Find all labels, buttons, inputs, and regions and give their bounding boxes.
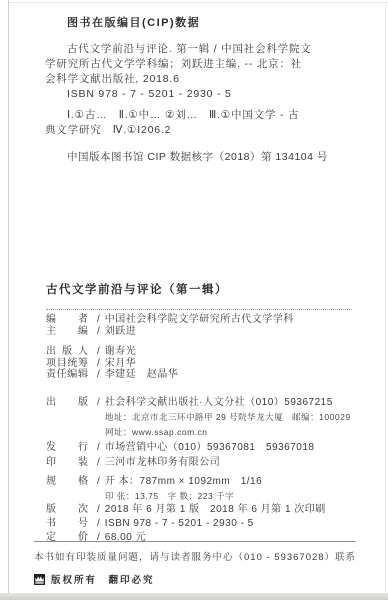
publisher-anti-piracy-crown-icon: [34, 574, 45, 585]
editor-group: 编者 / 中国社会科学院文学研究所古代文学学科 主编 / 刘跃进: [46, 314, 352, 338]
title-divider: [46, 309, 352, 310]
row-separator: /: [97, 314, 100, 326]
row-value: 市场营销中心（010）59367081 59367018: [105, 440, 315, 455]
row-separator: /: [97, 440, 100, 455]
row-label: 书号: [46, 517, 88, 531]
publisher-address: 地址：北京市北三环中路甲 29 号院华龙大厦 邮编：100029: [46, 410, 352, 425]
cip-block: 图书在版编目(CIP)数据 古代文学前沿与评论. 第一辑 / 中国社会科学院文 …: [45, 16, 357, 165]
info-row: 版次 / 2018 年 6 月第 1 版 2018 年 6 月第 1 次印刷: [46, 503, 352, 517]
row-label: 编者: [46, 314, 88, 326]
row-value: 三河市龙林印务有限公司: [105, 455, 221, 470]
row-label: 出版人: [46, 346, 88, 358]
row-label: 印装: [46, 455, 88, 470]
footer-divider: [34, 541, 356, 542]
row-separator: /: [97, 346, 100, 358]
info-row: 规格 / 开 本：787mm × 1092mm 1/16: [46, 475, 352, 489]
row-label: 发行: [46, 440, 88, 455]
photo-edge-top: [8, 2, 388, 3]
row-label: 主编: [46, 326, 88, 338]
book-title: 古代文学前沿与评论（第一辑）: [46, 281, 352, 297]
info-row: 编者 / 中国社会科学院文学研究所古代文学学科: [46, 314, 352, 326]
copyright-page: 图书在版编目(CIP)数据 古代文学前沿与评论. 第一辑 / 中国社会科学院文 …: [0, 0, 388, 600]
publication-info-block: 古代文学前沿与评论（第一辑） 编者 / 中国社会科学院文学研究所古代文学学科 主…: [46, 281, 352, 545]
row-separator: /: [97, 517, 100, 531]
row-value: 2018 年 6 月第 1 版 2018 年 6 月第 1 次印刷: [105, 503, 326, 517]
row-label: 责任编辑: [46, 369, 88, 381]
info-row: 出版 / 社会科学文献出版社·人文分社（010）59367215: [46, 395, 352, 410]
publisher-website: 网址：www.ssap.com.cn: [46, 425, 352, 440]
info-row: 书号 / ISBN 978 - 7 - 5201 - 2930 - 5: [46, 517, 352, 531]
row-separator: /: [97, 358, 100, 370]
print-sheets-line: 印 张：13.75 字 数：223 千字: [46, 489, 352, 503]
copyright-line: 版权所有 翻印必究: [34, 572, 356, 586]
cip-classification-line: Ⅰ.①古… Ⅱ.①中… ②刘… Ⅲ.①中国文学 - 古: [45, 108, 357, 123]
cip-classification-line: 典文学研究 Ⅳ.①I206.2: [45, 123, 357, 138]
row-label: 版次: [46, 503, 88, 517]
row-value: 谢寿光: [105, 346, 137, 358]
row-label: 规格: [46, 475, 88, 489]
quality-notice: 本书如有印装质量问题，请与读者服务中心（010 - 59367028）联系: [34, 549, 356, 563]
row-value: 宋月华: [105, 358, 137, 370]
cip-record-line: 会科学文献出版社, 2018.6: [45, 72, 357, 87]
row-label: 项目统筹: [46, 358, 88, 370]
row-separator: /: [97, 369, 100, 381]
row-value: 社会科学文献出版社·人文分社（010）59367215: [105, 395, 333, 410]
row-separator: /: [97, 455, 100, 470]
row-value: 刘跃进: [105, 326, 137, 338]
photo-edge-right: [385, 2, 386, 593]
row-value: 李建廷 赵晶华: [105, 369, 179, 381]
info-row: 项目统筹 / 宋月华: [46, 358, 352, 370]
row-separator: /: [97, 503, 100, 517]
row-separator: /: [97, 395, 100, 410]
info-row: 印装 / 三河市龙林印务有限公司: [46, 455, 352, 470]
row-value: ISBN 978 - 7 - 5201 - 2930 - 5: [105, 517, 254, 531]
info-row: 出版人 / 谢寿光: [46, 346, 352, 358]
cip-record-line: 学研究所古代文学学科编；刘跃进主编. -- 北京：社: [45, 57, 357, 72]
cip-heading: 图书在版编目(CIP)数据: [45, 16, 357, 31]
cip-record-line: 古代文学前沿与评论. 第一辑 / 中国社会科学院文: [45, 42, 357, 57]
copyright-statement: 版权所有 翻印必究: [51, 572, 155, 586]
photo-edge-left: [8, 0, 9, 593]
row-separator: /: [97, 326, 100, 338]
row-value: 开 本：787mm × 1092mm 1/16: [105, 475, 262, 489]
footer-block: 本书如有印装质量问题，请与读者服务中心（010 - 59367028）联系 版权…: [34, 541, 356, 586]
photo-edge-bottom: [0, 593, 388, 600]
info-row: 主编 / 刘跃进: [46, 326, 352, 338]
publisher-group: 出版 / 社会科学文献出版社·人文分社（010）59367215 地址：北京市北…: [46, 395, 352, 470]
row-value: 中国社会科学院文学研究所古代文学学科: [105, 314, 294, 326]
spec-group: 规格 / 开 本：787mm × 1092mm 1/16 印 张：13.75 字…: [46, 475, 352, 545]
staff-group: 出版人 / 谢寿光 项目统筹 / 宋月华 责任编辑 / 李建廷 赵晶华: [46, 346, 352, 381]
info-row: 责任编辑 / 李建廷 赵晶华: [46, 369, 352, 381]
row-label: 出版: [46, 395, 88, 410]
row-separator: /: [97, 475, 100, 489]
info-row: 发行 / 市场营销中心（010）59367081 59367018: [46, 440, 352, 455]
isbn-line: ISBN 978 - 7 - 5201 - 2930 - 5: [45, 87, 357, 102]
cip-registry-line: 中国版本图书馆 CIP 数据核字（2018）第 134104 号: [45, 150, 357, 165]
